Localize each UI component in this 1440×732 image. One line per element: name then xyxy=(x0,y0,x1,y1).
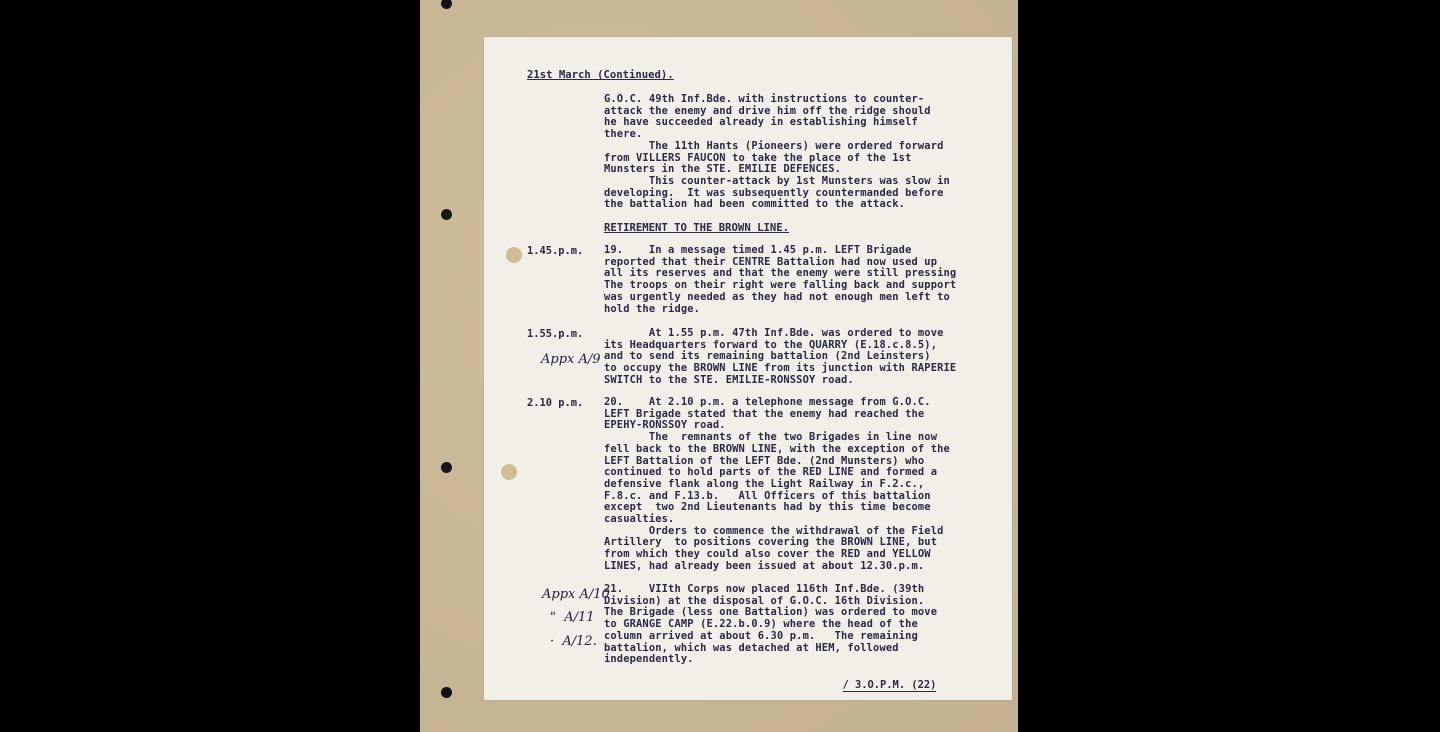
text-line: At 1.55 p.m. 47th Inf.Bde. was ordered t… xyxy=(604,328,944,340)
text-line: SWITCH to the STE. EMILIE-RONSSOY road. xyxy=(604,375,854,387)
text-line: defensive flank along the Light Railway … xyxy=(604,479,924,491)
text-line: was urgently needed as they had not enou… xyxy=(604,292,950,304)
text-line: fell back to the BROWN LINE, with the ex… xyxy=(604,444,950,456)
text-line: hold the ridge. xyxy=(604,304,700,316)
text-line: 21. VIIth Corps now placed 116th Inf.Bde… xyxy=(604,584,924,596)
section-heading: RETIREMENT TO THE BROWN LINE. xyxy=(604,222,789,234)
handwritten-appendix-note: · A/12. xyxy=(550,634,597,649)
text-line: column arrived at about 6.30 p.m. The re… xyxy=(604,631,918,643)
handwritten-appendix-note: Appx A/10 xyxy=(542,587,610,602)
text-line: independently. xyxy=(604,654,694,666)
handwritten-appendix-note: Appx A/9 xyxy=(541,352,601,367)
punch-hole xyxy=(441,687,452,698)
punch-hole xyxy=(441,209,452,220)
text-line: G.O.C. 49th Inf.Bde. with instructions t… xyxy=(604,94,924,106)
text-line: casualties. xyxy=(604,514,674,526)
page-heading: 21st March (Continued). xyxy=(527,69,674,81)
text-line: This counter-attack by 1st Munsters was … xyxy=(604,176,950,188)
punch-hole xyxy=(441,0,452,9)
stain-mark xyxy=(506,247,522,263)
stain-mark xyxy=(501,464,517,480)
handwritten-appendix-note: " A/11 xyxy=(550,610,595,625)
entry-time: 1.55.p.m. xyxy=(527,328,583,340)
punch-hole xyxy=(441,462,452,473)
entry-time: 1.45.p.m. xyxy=(527,245,583,257)
text-line: 19. In a message timed 1.45 p.m. LEFT Br… xyxy=(604,245,911,257)
text-line: 20. At 2.10 p.m. a telephone message fro… xyxy=(604,397,931,409)
text-line: he have succeeded already in establishin… xyxy=(604,117,918,129)
text-line: the battalion had been committed to the … xyxy=(604,199,905,211)
page-reference-text: / 3.O.P.M. (22) xyxy=(843,679,937,692)
text-line: LINES, had already been issued at about … xyxy=(604,561,924,573)
text-line: The 11th Hants (Pioneers) were ordered f… xyxy=(604,141,944,153)
page-reference: / 3.O.P.M. (22) xyxy=(830,667,936,692)
entry-time: 2.10 p.m. xyxy=(527,397,583,409)
